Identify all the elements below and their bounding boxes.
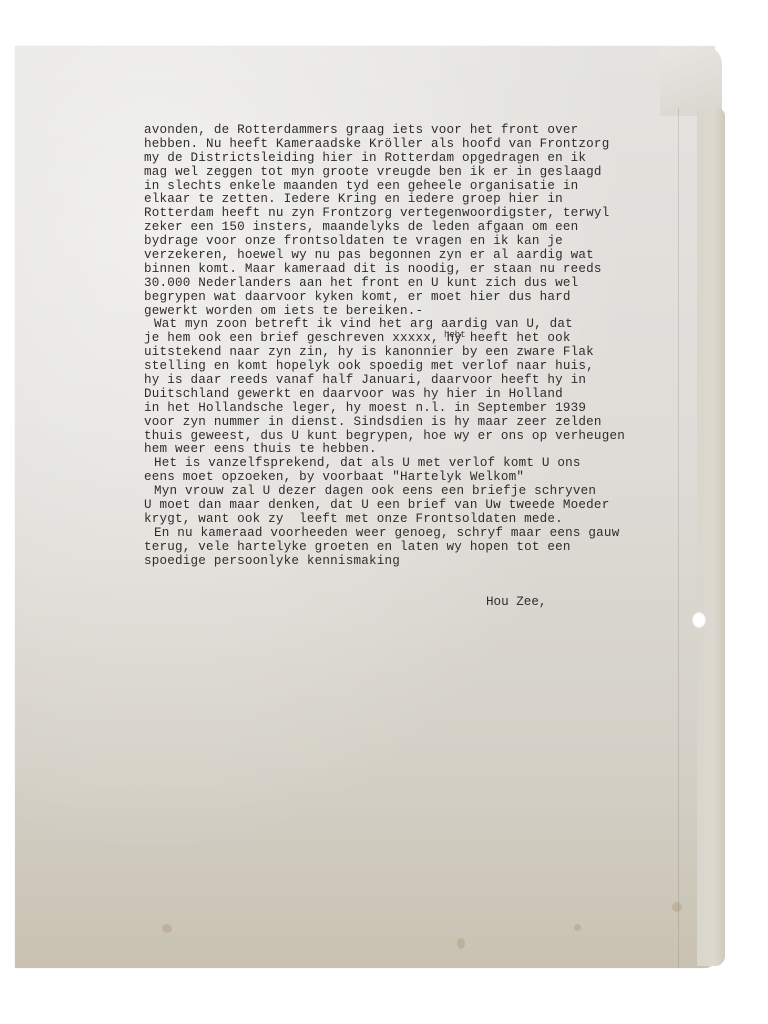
folded-corner <box>660 46 722 116</box>
text-line: stelling en komt hopelyk ook spoedig met… <box>144 360 704 374</box>
text-line: bydrage voor onze frontsoldaten te vrage… <box>144 235 704 249</box>
text-line: Myn vrouw zal U dezer dagen ook eens een… <box>144 485 704 499</box>
text-line: hebben. Nu heeft Kameraadske Kröller als… <box>144 138 704 152</box>
text-line: avonden, de Rotterdammers graag iets voo… <box>144 124 704 138</box>
stain-spot <box>672 902 682 912</box>
text-line: hy is daar reeds vanaf half Januari, daa… <box>144 374 704 388</box>
text-line: voor zyn nummer in dienst. Sindsdien is … <box>144 416 704 430</box>
text-line: terug, vele hartelyke groeten en laten w… <box>144 541 704 555</box>
text-line: begrypen wat daarvoor kyken komt, er moe… <box>144 291 704 305</box>
text-line: krygt, want ook zy leeft met onze Fronts… <box>144 513 704 527</box>
punch-hole <box>692 612 706 628</box>
text-line: verzekeren, hoewel wy nu pas begonnen zy… <box>144 249 704 263</box>
text-line: my de Districtsleiding hier in Rotterdam… <box>144 152 704 166</box>
text-line: binnen komt. Maar kameraad dit is noodig… <box>144 263 704 277</box>
interlinear-correction: hebt <box>444 330 466 340</box>
letter-closing: Hou Zee, <box>486 595 546 609</box>
stain-spot <box>162 924 172 933</box>
text-line: je hem ook een brief geschreven xxxxx, h… <box>144 332 704 346</box>
text-line: uitstekend naar zyn zin, hy is kanonnier… <box>144 346 704 360</box>
text-line: Duitschland gewerkt en daarvoor was hy h… <box>144 388 704 402</box>
text-line: mag wel zeggen tot myn groote vreugde be… <box>144 166 704 180</box>
text-line: in het Hollandsche leger, hy moest n.l. … <box>144 402 704 416</box>
stain-spot <box>457 938 465 949</box>
text-line: zeker een 150 insters, maandelyks de led… <box>144 221 704 235</box>
text-line: Rotterdam heeft nu zyn Frontzorg vertege… <box>144 207 704 221</box>
text-line: gewerkt worden om iets te bereiken.- <box>144 305 704 319</box>
letter-body: avonden, de Rotterdammers graag iets voo… <box>144 124 704 569</box>
text-line: U moet dan maar denken, dat U een brief … <box>144 499 704 513</box>
text-line: eens moet opzoeken, by voorbaat "Hartely… <box>144 471 704 485</box>
text-line: in slechts enkele maanden tyd een geheel… <box>144 180 704 194</box>
text-line: elkaar te zetten. Iedere Kring en iedere… <box>144 193 704 207</box>
text-line: hem weer eens thuis te hebben. <box>144 443 704 457</box>
stain-spot <box>574 924 581 931</box>
text-line: spoedige persoonlyke kennismaking <box>144 555 704 569</box>
text-line: 30.000 Nederlanders aan het front en U k… <box>144 277 704 291</box>
text-line: thuis geweest, dus U kunt begrypen, hoe … <box>144 430 704 444</box>
text-line: Wat myn zoon betreft ik vind het arg aar… <box>144 318 704 332</box>
text-line: En nu kameraad voorheeden weer genoeg, s… <box>144 527 704 541</box>
text-line: Het is vanzelfsprekend, dat als U met ve… <box>144 457 704 471</box>
